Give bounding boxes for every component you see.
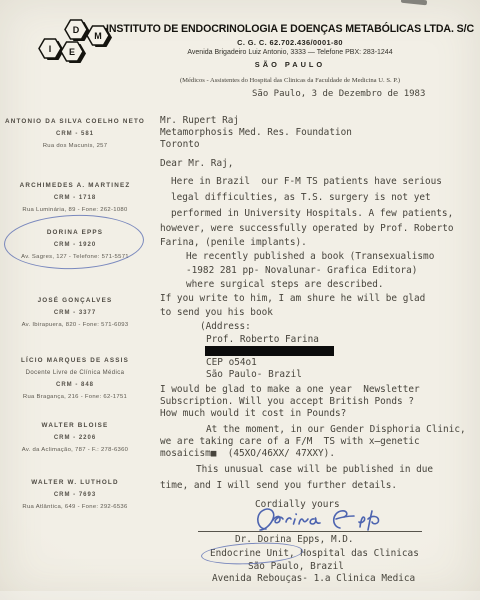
body-line: -1982 281 pp- Novalunar- Grafica Editora…	[186, 265, 417, 276]
doctor-name: ANTONIO DA SILVA COELHO NETO	[0, 116, 150, 128]
body-line: He recently published a book (Transexual…	[186, 251, 434, 262]
body-line: Here in Brazil our F-M TS patients have …	[171, 176, 442, 187]
body-line: Farina, (penile implants).	[160, 237, 307, 248]
body-line: where surgical steps are described.	[186, 279, 384, 290]
body-line: This unusual case will be published in d…	[196, 464, 433, 475]
logo-letter-i: I	[49, 44, 52, 54]
doctor-crm: CRM - 2206	[0, 432, 150, 444]
doctor-entry: LÍCIO MARQUES DE ASSIS Docente Livre de …	[0, 355, 150, 403]
body-line: time, and I will send you further detail…	[160, 480, 397, 491]
logo-letter-d: D	[73, 25, 80, 35]
recipient-line: Toronto	[160, 139, 200, 150]
body-line: however, were successfully operated by P…	[160, 223, 454, 234]
body-line: At the moment, in our Gender Disphoria C…	[206, 424, 466, 435]
scan-artifact-mark	[401, 0, 427, 5]
cgc-number: C. G. C. 62.702.436/0001-80	[120, 38, 460, 47]
doctor-entry: WALTER W. LUTHOLD CRM - 7693 Rua Atlânti…	[0, 477, 150, 513]
doctor-entry: ANTONIO DA SILVA COELHO NETO CRM - 581 R…	[0, 116, 150, 152]
doctor-name: JOSÉ GONÇALVES	[0, 295, 150, 307]
body-line: performed in University Hospitals. A few…	[171, 208, 453, 219]
doctor-title: Docente Livre de Clínica Médica	[0, 367, 150, 379]
institute-name: INSTITUTO DE ENDOCRINOLOGIA E DOENÇAS ME…	[104, 23, 476, 35]
salutation: Dear Mr. Raj,	[160, 158, 233, 169]
institute-city: SÃO PAULO	[120, 60, 460, 69]
institute-address: Avenida Brigadeiro Luiz Antonio, 3333 — …	[120, 49, 460, 56]
body-line: If you write to him, I am shure he will …	[160, 293, 425, 304]
logo-letter-m: M	[94, 31, 102, 41]
body-line: How much would it cost in Pounds?	[160, 408, 346, 419]
doctor-name: WALTER W. LUTHOLD	[0, 477, 150, 489]
redaction-bar	[205, 346, 334, 356]
body-line: Subscription. Will you accept British Po…	[160, 396, 414, 407]
body-line: to send you his book	[160, 307, 273, 318]
doctor-address: Rua dos Macunis, 257	[0, 140, 150, 152]
doctor-crm: CRM - 848	[0, 379, 150, 391]
doctor-name: WALTER BLOISE	[0, 420, 150, 432]
doctor-entry: JOSÉ GONÇALVES CRM - 3377 Av. Ibirapuera…	[0, 295, 150, 331]
scan-edge-strip	[0, 591, 480, 600]
body-line: we are taking care of a F/M TS with x̶ge…	[160, 436, 420, 447]
signer-street: Avenida Rebouças- 1.a Clinica Medica	[212, 573, 415, 584]
doctor-address: Rua Bragança, 216 - Fone: 62-1751	[0, 391, 150, 403]
date-line: São Paulo, 3 de Dezembro de 1983	[252, 89, 425, 100]
body-line: mosaicism■ (45XO/46XX/ 47XXY).	[160, 448, 335, 459]
doctor-crm: CRM - 581	[0, 128, 150, 140]
farina-address-city: São Paulo- Brazil	[206, 369, 302, 380]
recipient-line: Mr. Rupert Raj	[160, 115, 239, 126]
doctor-crm: CRM - 7693	[0, 489, 150, 501]
institute-logo: D M I E	[34, 15, 114, 67]
doctor-name: LÍCIO MARQUES DE ASSIS	[0, 355, 150, 367]
doctor-name: ARCHIMEDES A. MARTINEZ	[0, 180, 150, 192]
handwritten-signature	[252, 503, 422, 537]
body-line: legal difficulties, as T.S. surgery is n…	[171, 192, 431, 203]
body-line: I would be glad to make a one year Newsl…	[160, 384, 420, 395]
doctor-address: Rua Atlântica, 649 - Fone: 292-6536	[0, 501, 150, 513]
body-line: (Address:	[200, 321, 251, 332]
scanned-letter: D M I E INSTITUTO DE ENDOCRINOLOGIA E DO…	[0, 0, 480, 600]
doctor-address: Av. da Aclimação, 787 - F.: 278-6360	[0, 444, 150, 456]
doctor-entry: WALTER BLOISE CRM - 2206 Av. da Aclimaçã…	[0, 420, 150, 456]
institute-note: (Médicos - Assistentes do Hospital das C…	[110, 77, 470, 84]
doctor-address: Av. Ibirapuera, 820 - Fone: 571-6093	[0, 319, 150, 331]
logo-letter-e: E	[69, 47, 75, 57]
doctor-crm: CRM - 3377	[0, 307, 150, 319]
doctor-crm: CRM - 1718	[0, 192, 150, 204]
recipient-line: Metamorphosis Med. Res. Foundation	[160, 127, 352, 138]
farina-address-cep: CEP o54o1	[206, 357, 257, 368]
doctor-entry: ARCHIMEDES A. MARTINEZ CRM - 1718 Rua Lu…	[0, 180, 150, 216]
